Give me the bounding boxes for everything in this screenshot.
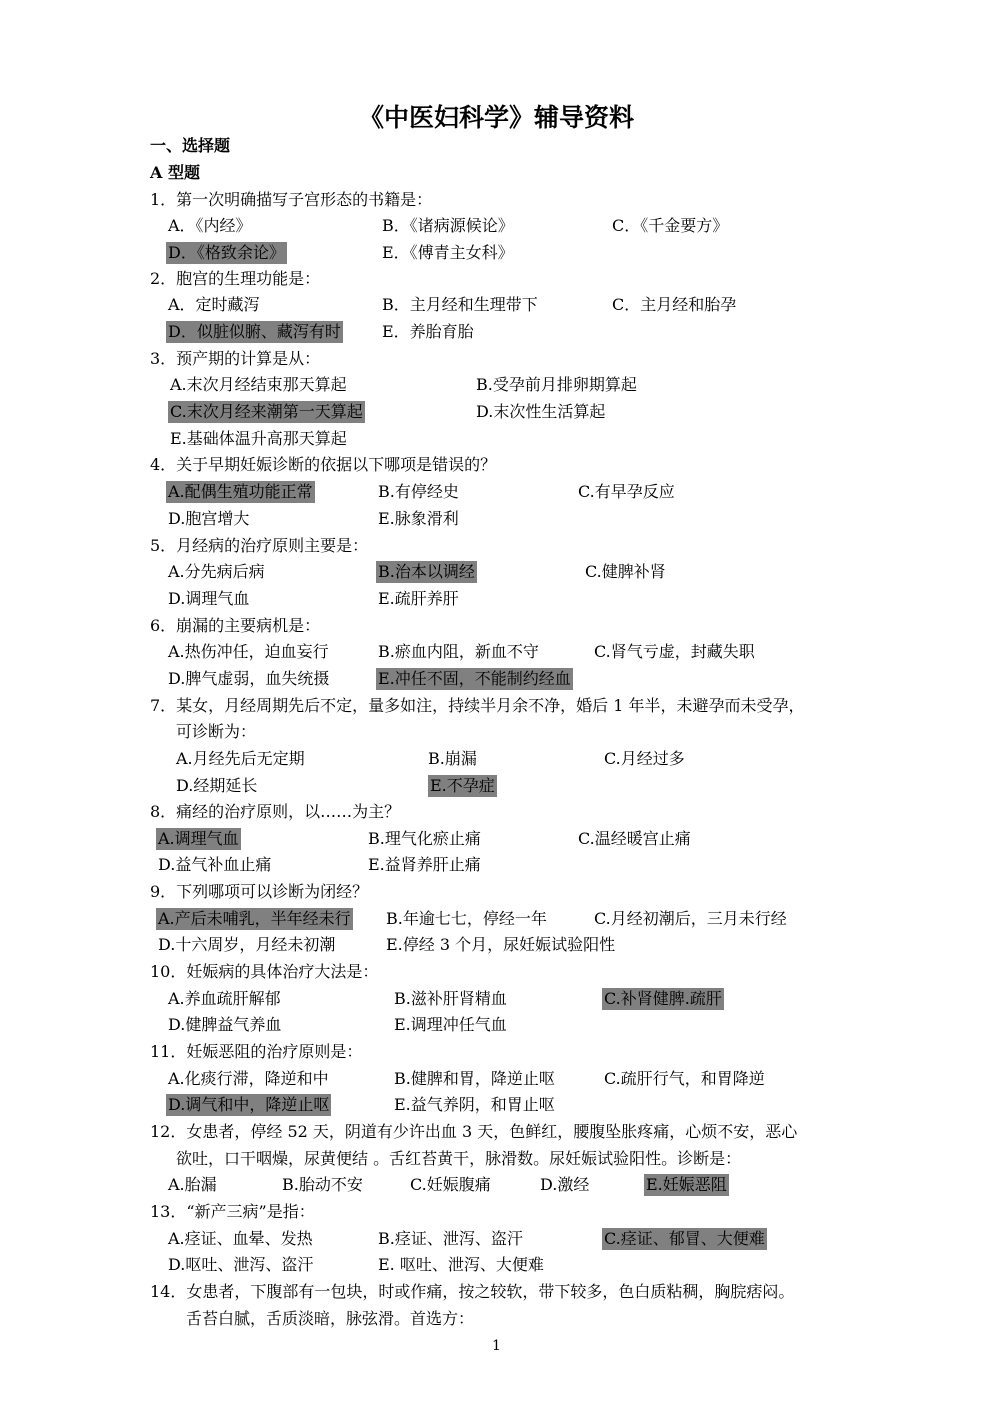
question-11: 11．妊娠恶阻的治疗原则是：: [150, 1041, 362, 1063]
option-11b: B.健脾和胃，降逆止呕: [394, 1068, 555, 1090]
option-5a: A.分先病后病: [168, 561, 265, 583]
question-8: 8．痛经的治疗原则，以……为主？: [150, 801, 400, 823]
option-13e: E. 呕吐、泄泻、大便难: [378, 1254, 544, 1276]
option-10d: D.健脾益气养血: [168, 1014, 281, 1036]
option-1d-answer: D．《格致余论》: [166, 242, 287, 264]
option-3b: B.受孕前月排卵期算起: [476, 374, 637, 396]
option-1a: A．《内经》: [168, 215, 252, 237]
option-11c: C.疏肝行气，和胃降逆: [604, 1068, 765, 1090]
option-11d-answer: D.调气和中，降逆止呕: [166, 1094, 331, 1116]
option-9a-answer: A.产后未哺乳，半年经未行: [156, 908, 353, 930]
question-10: 10．妊娠病的具体治疗大法是：: [150, 961, 378, 983]
option-13c-answer: C.痉证、郁冒、大便难: [602, 1228, 767, 1250]
option-9c: C.月经初潮后，三月未行经: [594, 908, 787, 930]
option-1b: B．《诸病源候论》: [382, 215, 514, 237]
option-11a: A.化痰行滞，降逆和中: [168, 1068, 329, 1090]
question-12-cont: 欲吐，口干咽燥，尿黄便结 。舌红苔黄干，脉滑数。尿妊娠试验阳性。诊断是：: [176, 1148, 741, 1170]
option-13d: D.呕吐、泄泻、盗汗: [168, 1254, 313, 1276]
option-6c: C.肾气亏虚，封藏失职: [594, 641, 755, 663]
option-5e: E.疏肝养肝: [378, 588, 459, 610]
option-3d: D.末次性生活算起: [476, 401, 605, 423]
option-8c: C.温经暖宫止痛: [578, 828, 691, 850]
option-4c: C.有早孕反应: [578, 481, 675, 503]
question-14: 14．女患者，下腹部有一包块，时或作痛，按之较软，带下较多，色白质粘稠，胸脘痞闷…: [150, 1281, 794, 1303]
question-5: 5．月经病的治疗原则主要是：: [150, 535, 368, 557]
option-2a: A．定时藏泻: [168, 294, 260, 316]
option-12e-answer: E.妊娠恶阻: [644, 1174, 729, 1196]
section-heading: 一、选择题: [150, 135, 230, 157]
option-10e: E.调理冲任气血: [394, 1014, 507, 1036]
option-7e-answer: E.不孕症: [428, 775, 497, 797]
option-8a-answer: A.调理气血: [156, 828, 241, 850]
option-8e: E.益肾养肝止痛: [368, 854, 481, 876]
option-4b: B.有停经史: [378, 481, 459, 503]
option-4a-answer: A.配偶生殖功能正常: [166, 481, 315, 503]
page-number: 1: [0, 1338, 993, 1354]
option-13b: B.痉证、泄泻、盗汗: [378, 1228, 523, 1250]
option-7b: B.崩漏: [428, 748, 477, 770]
option-1c: C．《千金要方》: [612, 215, 728, 237]
option-10a: A.养血疏肝解郁: [168, 988, 281, 1010]
option-8b: B.理气化瘀止痛: [368, 828, 481, 850]
option-3e: E.基础体温升高那天算起: [170, 428, 347, 450]
question-9: 9．下列哪项可以诊断为闭经？: [150, 881, 368, 903]
subsection-heading: A 型题: [150, 162, 200, 184]
question-1: 1．第一次明确描写子宫形态的书籍是：: [150, 189, 432, 211]
option-10b: B.滋补肝肾精血: [394, 988, 507, 1010]
option-12b: B.胎动不安: [282, 1174, 363, 1196]
option-6d: D.脾气虚弱，血失统摄: [168, 668, 329, 690]
document-title: 《中医妇科学》辅导资料: [0, 98, 993, 134]
question-4: 4．关于早期妊娠诊断的依据以下哪项是错误的？: [150, 454, 496, 476]
option-3a: A.末次月经结束那天算起: [170, 374, 347, 396]
option-9e: E.停经 3 个月，尿妊娠试验阳性: [386, 934, 615, 956]
option-1e: E．《傅青主女科》: [382, 242, 514, 264]
option-5d: D.调理气血: [168, 588, 249, 610]
option-3c-answer: C.末次月经来潮第一天算起: [168, 401, 365, 423]
option-9b: B.年逾七七，停经一年: [386, 908, 547, 930]
option-8d: D.益气补血止痛: [158, 854, 271, 876]
question-6: 6．崩漏的主要病机是：: [150, 615, 320, 637]
option-2c: C．主月经和胎孕: [612, 294, 736, 316]
option-4d: D.胞宫增大: [168, 508, 249, 530]
option-7d: D.经期延长: [176, 775, 257, 797]
option-5b-answer: B.治本以调经: [376, 561, 477, 583]
option-4e: E.脉象滑利: [378, 508, 459, 530]
option-12a: A.胎漏: [168, 1174, 217, 1196]
option-6a: A.热伤冲任，迫血妄行: [168, 641, 329, 663]
question-13: 13．“新产三病”是指：: [150, 1201, 315, 1223]
question-7-cont: 可诊断为：: [176, 721, 256, 743]
option-11e: E.益气养阴，和胃止呕: [394, 1094, 555, 1116]
option-6b: B.瘀血内阻，新血不守: [378, 641, 539, 663]
question-7: 7．某女，月经周期先后不定，量多如注，持续半月余不净，婚后 1 年半，未避孕而未…: [150, 695, 805, 717]
question-2: 2．胞宫的生理功能是：: [150, 268, 320, 290]
option-13a: A.痉证、血晕、发热: [168, 1228, 313, 1250]
option-10c-answer: C.补肾健脾.疏肝: [602, 988, 724, 1010]
option-9d: D.十六周岁，月经未初潮: [158, 934, 335, 956]
option-5c: C.健脾补肾: [585, 561, 666, 583]
question-12: 12．女患者，停经 52 天，阴道有少许出血 3 天，色鲜红，腰腹坠胀疼痛，心烦…: [150, 1121, 797, 1143]
option-12c: C.妊娠腹痛: [410, 1174, 491, 1196]
question-3: 3．预产期的计算是从：: [150, 348, 320, 370]
option-2d-answer: D．似脏似腑、藏泻有时: [166, 321, 343, 343]
option-12d: D.激经: [540, 1174, 589, 1196]
option-2b: B．主月经和生理带下: [382, 294, 538, 316]
option-2e: E．养胎育胎: [382, 321, 474, 343]
option-7c: C.月经过多: [604, 748, 685, 770]
option-7a: A.月经先后无定期: [176, 748, 305, 770]
question-14-cont: 舌苔白腻，舌质淡暗，脉弦滑。首选方：: [186, 1308, 474, 1330]
option-6e-answer: E.冲任不固，不能制约经血: [376, 668, 573, 690]
